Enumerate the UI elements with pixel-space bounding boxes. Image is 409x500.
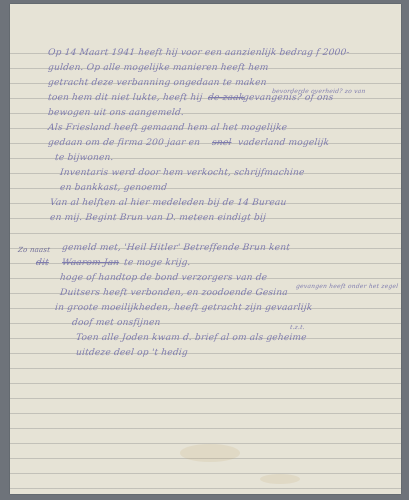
interlinear-note: gevangen heeft onder het zegel: [296, 283, 399, 290]
struck-text: Waarom Jan: [61, 258, 119, 268]
handwritten-line: Inventaris werd door hem verkocht, schri…: [59, 168, 305, 178]
handwritten-line: Toen alle Joden kwam d. brief al om als …: [75, 333, 307, 343]
handwritten-line: Als Friesland heeft gemaand hem al het m…: [47, 123, 287, 133]
handwritten-line: gedaan om de firma 200 jaar en: [47, 138, 200, 148]
paper-stain: [180, 444, 240, 462]
interlinear-note: t.z.t.: [290, 324, 306, 331]
handwritten-line: hoge of handtop de bond verzorgers van d…: [59, 273, 267, 283]
handwritten-line: vaderland mogelijk: [237, 138, 329, 148]
handwritten-line: in groote moeilijkheden, heeft getracht …: [54, 303, 312, 313]
handwritten-line: gulden. Op alle mogelijke manieren heeft…: [47, 63, 269, 73]
handwritten-line: toen hem dit niet lukte, heeft hij: [47, 93, 203, 103]
struck-text: snel: [211, 138, 231, 148]
handwritten-line: Van al helften al hier medeleden bij de …: [49, 198, 287, 208]
handwritten-line: te moge krijg.: [123, 258, 191, 268]
interlinear-note: bevorderde overheid? zo van: [272, 88, 366, 95]
handwritten-line: Duitsers heeft verbonden, en zoodoende G…: [59, 288, 288, 298]
handwritten-line: bewogen uit ons aangemeld.: [47, 108, 184, 118]
struck-text: dit: [35, 258, 49, 268]
margin-note: Zo naast: [18, 246, 51, 254]
handwritten-line: en bankkast, genoemd: [59, 183, 167, 193]
handwritten-line: te bijwonen.: [54, 153, 114, 163]
handwritten-line: uitdeze deel op 't hedig: [75, 348, 188, 358]
handwritten-line: getracht deze verbanning ongedaan te mak…: [47, 78, 267, 88]
paper-stain: [260, 474, 300, 484]
handwritten-line: doof met onsfijnen: [71, 318, 161, 328]
handwritten-line: gemeld met, 'Heil Hitler' Betreffende Br…: [61, 243, 290, 253]
handwritten-line: Op 14 Maart 1941 heeft hij voor een aanz…: [47, 48, 350, 58]
struck-text: de zaak: [207, 93, 244, 103]
handwritten-line: en mij. Begint Brun van D. meteen eindig…: [49, 213, 266, 223]
